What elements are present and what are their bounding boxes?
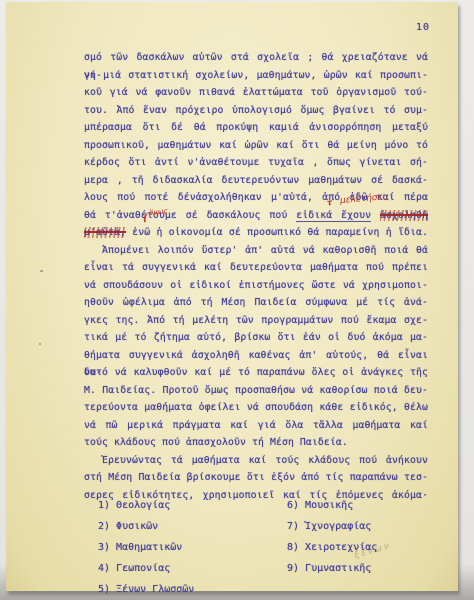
text-segment: νά πῶ μερικά πράγματα καί γιά ὅλα τἄλλα … [84, 420, 428, 431]
red-paren-mark: ( [143, 213, 148, 224]
typed-line: προσωπικοῦ, μαθημάτων καί ὡρῶν καί ὅτι θ… [84, 137, 428, 155]
list-item: 5) Ξένων Γλωσσῶν [98, 579, 194, 600]
list-item: 1) Θεολογίας [98, 495, 194, 516]
typed-line: μπέρασμα ὅτι δέ θά προκύψη καμιά ἀνισορρ… [84, 119, 428, 137]
red-caret-mark: τ [326, 198, 332, 208]
text-segment: Μ. Παιδείας. Προτοῦ ὅμως προσπαθήσω νά κ… [84, 385, 428, 396]
text-segment: γκες της. Ἀπό τή μελέτη τῶν προγραμμάτων… [84, 315, 428, 326]
ink-speck [40, 270, 43, 272]
typed-line: τικά μέ τό ζήτημα αὐτό, βρίσκω ὅτι ἐάν ο… [84, 329, 428, 347]
document-page: 10 σμό τῶν δασκάλων αὐτῶν στά σχολεῖα ; … [6, 2, 458, 591]
text-segment: στή Μέση Παιδεία βρίσκουμε ὅτι ἐξόν ἀπό … [84, 472, 428, 483]
list-item: 6) Μουσικῆς [287, 495, 377, 516]
typed-line: Ἐρευνώντας τά μαθήματα καί τούς κλάδους … [84, 452, 428, 470]
typed-line: γκες της. Ἀπό τή μελέτη τῶν προγραμμάτων… [84, 312, 428, 330]
text-segment: τικά μέ τό ζήτημα αὐτό, βρίσκω ὅτι ἐάν ο… [84, 332, 428, 343]
typed-line: θά τ'ἀναθέτουμε σέ δασκάλους πού εἰδικά … [84, 207, 428, 225]
typed-line: νά πῶ μερικά πράγματα καί γιά ὅλα τἄλλα … [84, 417, 428, 435]
list-item: 4) Γεωπονίας [98, 558, 194, 579]
typed-text-block: σμό τῶν δασκάλων αὐτῶν στά σχολεῖα ; θά … [84, 49, 428, 504]
text-segment: Ἐρευνώντας τά μαθήματα καί τούς κλάδους … [102, 455, 428, 466]
typed-line: κέρδος ὅτι ἀντί ν'ἀναθέτουμε τυχαῖα , ὅπ… [84, 154, 428, 172]
typed-line: μερα , τῆ διδασκαλία δευτερευόντων μαθημ… [84, 172, 428, 190]
text-segment: τερεύοντα μαθήματα ὀφείλει νά σπουδάση κ… [84, 402, 428, 413]
typed-line: τερεύοντα μαθήματα ὀφείλει νά σπουδάση κ… [84, 399, 428, 417]
text-segment: νη μιά στατιστική σχολείων, μαθημάτων, ὡ… [84, 70, 428, 81]
typed-line: Ἀπομένει λοιπόν ὕστερ' ἀπ' αὐτά νά καθορ… [84, 242, 428, 260]
text-segment: θά τ'ἀναθέτουμε σέ δασκάλους πού [84, 210, 296, 221]
text-segment: νά σπουδάσουν οἱ εἰδικοί ἐπιστήμονες ὥστ… [84, 280, 428, 291]
text-segment: του. Ἀπό ἕναν πρόχειρο ὑπολογισμό ὅμως β… [84, 105, 428, 116]
text-segment: μπέρασμα ὅτι δέ θά προκύψη καμιά ἀνισορρ… [84, 122, 428, 133]
text-segment: τούς κλάδους πού ἀπασχολοῦν τή Μέση Παιδ… [84, 437, 348, 448]
text-segment: Ἀπομένει λοιπόν ὕστερ' ἀπ' αὐτά νά καθορ… [102, 245, 428, 256]
ink-speck [39, 343, 41, 345]
struck-out-text: μ'αὐτά, [84, 227, 126, 238]
typed-line: νά σπουδάσουν οἱ εἰδικοί ἐπιστήμονες ὥστ… [84, 277, 428, 295]
text-segment: προσωπικοῦ, μαθημάτων καί ὡρῶν καί ὅτι θ… [84, 140, 428, 151]
struck-out-text: ἀσχοληθῆ [380, 210, 428, 221]
text-segment: κέρδος ὅτι ἀντί ν'ἀναθέτουμε τυχαῖα , ὅπ… [84, 157, 428, 168]
typed-line: σμό τῶν δασκάλων αὐτῶν στά σχολεῖα ; θά … [84, 49, 428, 67]
list-item: 8) Χειροτεχνίας [287, 537, 377, 558]
typed-line: Μ. Παιδείας. Προτοῦ ὅμως προσπαθήσω νά κ… [84, 382, 428, 400]
typed-line: εἶναι τά συγγενικά καί δευτερεύοντα μαθή… [84, 259, 428, 277]
specialties-list-right: 6) Μουσικῆς7) Ἰχνογραφίας8) Χειροτεχνίας… [287, 495, 377, 579]
list-item: 3) Μαθηματικῶν [98, 537, 194, 558]
scanned-document: 10 σμό τῶν δασκάλων αὐτῶν στά σχολεῖα ; … [0, 0, 474, 600]
text-segment: ηθοῦν ὠφέλιμα ἀπό τή Μέση Παιδεία σύμφων… [84, 297, 428, 308]
typed-line: μ'αὐτά, ἐνῶ ἡ οἰκονομία σέ προσωπικό θά … [84, 224, 428, 242]
text-segment: ἐνῶ ἡ οἰκονομία σέ προσωπικό θά παραμείν… [126, 227, 428, 238]
text-segment: νατό νά καλυφθοῦν καί μέ τό παραπάνω ὅλε… [84, 367, 428, 378]
text-segment: μερα , τῆ διδασκαλία δευτερευόντων μαθημ… [84, 175, 428, 186]
typed-line: θήματα συγγενικά ἀσχοληθῆ καθένας ἀπ' αὐ… [84, 347, 428, 365]
page-number: 10 [416, 22, 430, 33]
text-segment: κοῦ γιά νά φανοῦν πιθανά ἐλαττώματα τοῦ … [84, 87, 428, 98]
typed-line: κοῦ γιά νά φανοῦν πιθανά ἐλαττώματα τοῦ … [84, 84, 428, 102]
underlined-text: εἰδικά ἔχουν [296, 210, 371, 223]
typed-line: τούς κλάδους πού ἀπασχολοῦν τή Μέση Παιδ… [84, 434, 428, 452]
typed-line: νατό νά καλυφθοῦν καί μέ τό παραπάνω ὅλε… [84, 364, 428, 382]
specialties-list-left: 1) Θεολογίας2) Φυσικῶν3) Μαθηματικῶν4) Γ… [98, 495, 194, 600]
list-item: 7) Ἰχνογραφίας [287, 516, 377, 537]
typed-line: του. Ἀπό ἕναν πρόχειρο ὑπολογισμό ὅμως β… [84, 102, 428, 120]
list-item: 2) Φυσικῶν [98, 516, 194, 537]
typed-line: στή Μέση Παιδεία βρίσκουμε ὅτι ἐξόν ἀπό … [84, 469, 428, 487]
typed-line: ηθοῦν ὠφέλιμα ἀπό τή Μέση Παιδεία σύμφων… [84, 294, 428, 312]
list-item: 9) Γυμναστικῆς [287, 558, 377, 579]
typed-line: νη μιά στατιστική σχολείων, μαθημάτων, ὡ… [84, 67, 428, 85]
text-segment [371, 210, 380, 221]
text-segment: εἶναι τά συγγενικά καί δευτερεύοντα μαθή… [84, 262, 428, 273]
